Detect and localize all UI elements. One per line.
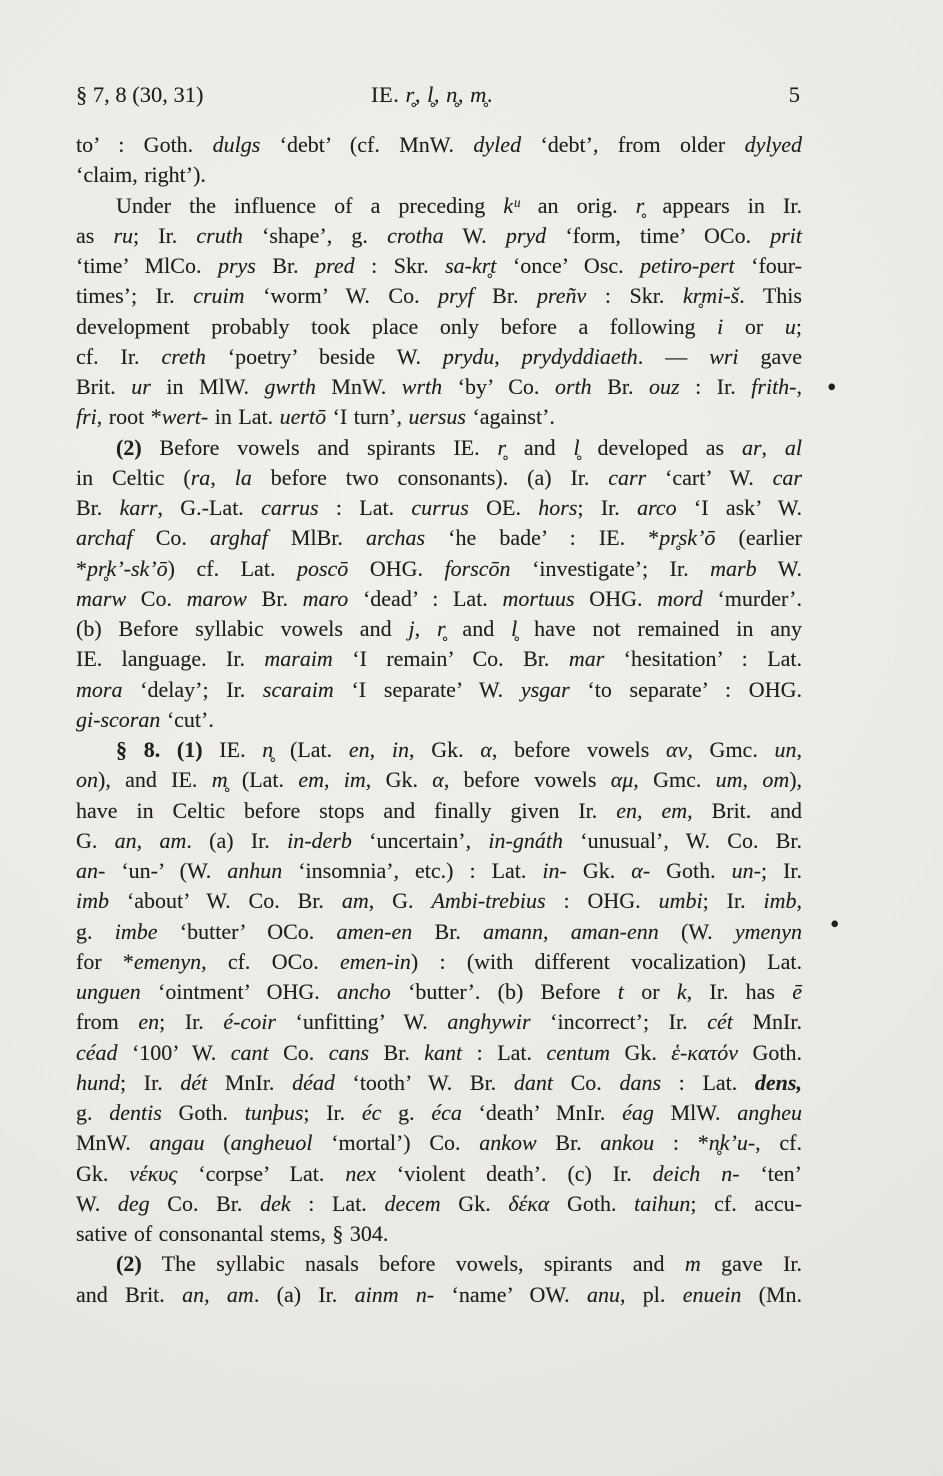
text-run: ‘death’ MnIr.: [462, 1100, 622, 1125]
text-run: ‘against’.: [466, 404, 555, 429]
text-run: ‘incorrect’; Ir.: [531, 1009, 708, 1034]
italic-run: ysgar: [521, 677, 570, 702]
italic-run: mord: [657, 586, 703, 611]
italic-run: céad: [76, 1040, 118, 1065]
italic-run: αν: [666, 737, 687, 762]
text-run: Br.: [76, 495, 120, 520]
text-run: MlW.: [654, 1100, 737, 1125]
text-line: Gk. νέκυς ‘corpse’ Lat. nex ‘violent dea…: [76, 1159, 802, 1189]
italic-run: forscōn: [445, 556, 511, 581]
text-run: ‘worm’ W. Co.: [245, 283, 439, 308]
italic-run: marow: [187, 586, 247, 611]
text-run: ‘he bade’ : IE. *: [425, 525, 659, 550]
text-line: (b) Before syllabic vowels and j, r̥ and…: [76, 614, 802, 644]
text-run: ‘insomnia’, etc.) : Lat.: [282, 858, 542, 883]
text-run: : OHG.: [546, 888, 659, 913]
italic-run: petiro-pert: [640, 253, 735, 278]
italic-run: un-: [732, 858, 761, 883]
text-run: ‘butter’. (b) Before: [391, 979, 618, 1004]
text-run: Gk.: [76, 1161, 129, 1186]
text-run: ‘mortal’) Co.: [312, 1130, 479, 1155]
italic-run: em: [661, 798, 687, 823]
bold-run: (2): [116, 1251, 142, 1276]
text-line: in Celtic (ra, la before two consonants)…: [76, 463, 802, 493]
text-run: Goth.: [738, 1040, 802, 1065]
text-run: sative of consonantal stems, § 304.: [76, 1221, 388, 1246]
italic-run: centum: [546, 1040, 610, 1065]
italic-run: α: [480, 737, 492, 762]
italic-run: deich: [653, 1161, 701, 1186]
text-run: ,: [797, 888, 803, 913]
text-block: to’ : Goth. dulgs ‘debt’ (cf. MnW. dyled…: [76, 130, 802, 1310]
text-run: ; Ir.: [761, 858, 802, 883]
italic-run: in-derb: [287, 828, 352, 853]
italic-run: creth: [161, 344, 205, 369]
italic-run: om: [762, 767, 789, 792]
italic-run: im: [344, 767, 366, 792]
italic-run: cans: [329, 1040, 369, 1065]
text-run: Br.: [247, 586, 303, 611]
italic-run: n̥: [446, 82, 458, 107]
italic-run: wert-: [162, 404, 208, 429]
running-title: IE. r̥, l̥, n̥, m̥.: [76, 82, 788, 108]
italic-run: pr̥k’-sk’ō: [87, 556, 168, 581]
text-run: , G.-Lat.: [157, 495, 261, 520]
italic-run: dek: [260, 1191, 291, 1216]
text-run: and Brit.: [76, 1282, 182, 1307]
text-run: . This: [739, 283, 802, 308]
italic-run: ru: [113, 223, 133, 248]
text-run: ‘about’ W. Co. Br.: [109, 888, 342, 913]
italic-run: ankou: [600, 1130, 654, 1155]
italic-run: ainm: [355, 1282, 399, 1307]
text-run: and: [446, 616, 512, 641]
text-run: (: [205, 1130, 231, 1155]
italic-run: δέκα: [508, 1191, 549, 1216]
italic-run: sa-kr̥t: [445, 253, 496, 278]
text-line: § 8. (1) IE. n̥ (Lat. en, in, Gk. α, bef…: [76, 735, 802, 765]
text-run: .: [487, 82, 493, 107]
italic-run: marw: [76, 586, 126, 611]
text-run: (b) Before syllabic vowels and: [76, 616, 408, 641]
text-run: Co. Br.: [150, 1191, 260, 1216]
text-run: MnIr.: [207, 1070, 292, 1095]
text-run: ,: [458, 82, 470, 107]
italic-run: amann: [483, 919, 543, 944]
italic-run: r̥: [497, 435, 506, 460]
text-line: MnW. angau (angheuol ‘mortal’) Co. ankow…: [76, 1128, 802, 1158]
text-line: Br. karr, G.-Lat. carrus : Lat. currus O…: [76, 493, 802, 523]
text-line: mora ‘delay’; Ir. scaraim ‘I separate’ W…: [76, 675, 802, 705]
text-run: ‘murder’.: [703, 586, 802, 611]
text-run: (earlier: [715, 525, 802, 550]
text-run: , before vowels: [492, 737, 666, 762]
text-run: IE. language. Ir.: [76, 646, 264, 671]
italic-run: deg: [118, 1191, 150, 1216]
text-run: ‘unfitting’ W.: [276, 1009, 447, 1034]
text-run: : Lat.: [462, 1040, 546, 1065]
text-run: or: [624, 979, 677, 1004]
text-line: hund; Ir. dét MnIr. déad ‘tooth’ W. Br. …: [76, 1068, 802, 1098]
text-run: Co.: [553, 1070, 619, 1095]
italic-run: nex: [345, 1161, 376, 1186]
text-run: Br.: [474, 283, 537, 308]
text-run: ‘ointment’ OHG.: [141, 979, 337, 1004]
italic-run: ymenyn: [735, 919, 802, 944]
italic-run: n̥: [262, 737, 273, 762]
italic-run: am: [159, 828, 186, 853]
text-run: Before vowels and spirants IE.: [142, 435, 498, 460]
text-run: Co.: [126, 586, 187, 611]
text-line: g. dentis Goth. tunþus; Ir. éc g. éca ‘d…: [76, 1098, 802, 1128]
italic-run: am: [342, 888, 369, 913]
text-run: ‘cart’ W.: [646, 465, 773, 490]
italic-run: dulgs: [213, 132, 261, 157]
text-run: : Ir.: [680, 374, 752, 399]
text-run: (Lat.: [273, 737, 349, 762]
text-run: ‘tooth’ W. Br.: [335, 1070, 514, 1095]
italic-run: imb: [764, 888, 797, 913]
text-run: cf. Ir.: [76, 344, 161, 369]
text-run: G.: [76, 828, 115, 853]
text-run: ) : (with different vocalization) Lat.: [411, 949, 802, 974]
italic-run: prydu: [443, 344, 494, 369]
text-run: ‘I turn’,: [326, 404, 408, 429]
italic-run: amen-en: [337, 919, 413, 944]
italic-run: dentis: [109, 1100, 162, 1125]
italic-run: on: [76, 767, 98, 792]
italic-run: um: [716, 767, 743, 792]
text-run: , root *: [97, 404, 162, 429]
italic-run: prys: [218, 253, 256, 278]
text-run: Goth.: [549, 1191, 634, 1216]
text-run: ‘claim, right’).: [76, 162, 206, 187]
text-run: g.: [76, 1100, 109, 1125]
italic-run: m̥: [470, 82, 487, 107]
italic-run: é-coir: [223, 1009, 276, 1034]
text-run: in Lat.: [208, 404, 279, 429]
italic-run: in: [392, 737, 409, 762]
text-run: an orig.: [520, 193, 636, 218]
text-line: céad ‘100’ W. cant Co. cans Br. kant : L…: [76, 1038, 802, 1068]
italic-run: dant: [514, 1070, 553, 1095]
italic-run: in-: [542, 858, 566, 883]
text-run: Goth.: [650, 858, 732, 883]
text-run: Br.: [256, 253, 315, 278]
text-run: OHG.: [575, 586, 658, 611]
italic-run: em: [298, 767, 324, 792]
text-run: Br.: [592, 374, 649, 399]
text-run: or: [723, 314, 785, 339]
text-line: for *emenyn, cf. OCo. emen-in) : (with d…: [76, 947, 802, 977]
italic-run: anu: [587, 1282, 620, 1307]
italic-run: wrth: [402, 374, 442, 399]
italic-run: ankow: [479, 1130, 536, 1155]
italic-run: la: [235, 465, 252, 490]
text-line: ‘time’ MlCo. prys Br. pred : Skr. sa-kr̥…: [76, 251, 802, 281]
text-run: ,: [137, 828, 160, 853]
italic-run: k: [677, 979, 687, 1004]
italic-run: an-: [76, 858, 105, 883]
italic-run: am: [227, 1282, 254, 1307]
text-run: Goth.: [162, 1100, 245, 1125]
text-line: Brit. ur in MlW. gwrth MnW. wrth ‘by’ Co…: [76, 372, 802, 402]
text-run: g.: [381, 1100, 431, 1125]
text-run: W.: [757, 556, 802, 581]
italic-run: pryf: [438, 283, 473, 308]
text-run: ,: [637, 798, 661, 823]
text-run: times’; Ir.: [76, 283, 193, 308]
text-run: ‘un-’ (W.: [105, 858, 227, 883]
bold-run: (2): [116, 435, 142, 460]
text-run: before two consonants). (a) Ir.: [252, 465, 608, 490]
italic-run: éc: [362, 1100, 382, 1125]
italic-run: currus: [411, 495, 468, 520]
text-run: ‘time’ MlCo.: [76, 253, 218, 278]
italic-run: dylyed: [745, 132, 802, 157]
italic-run: n̥k’u-: [709, 1130, 755, 1155]
text-line: IE. language. Ir. maraim ‘I remain’ Co. …: [76, 644, 802, 674]
text-run: , pl.: [620, 1282, 683, 1307]
italic-run: hors: [538, 495, 577, 520]
italic-run: carrus: [261, 495, 318, 520]
text-run: ‘corpse’ Lat.: [177, 1161, 345, 1186]
text-run: from: [76, 1009, 138, 1034]
italic-run: poscō: [297, 556, 348, 581]
italic-run: maro: [303, 586, 349, 611]
text-line: W. deg Co. Br. dek : Lat. decem Gk. δέκα…: [76, 1189, 802, 1219]
italic-run: ouz: [649, 374, 680, 399]
text-run: ,: [415, 82, 427, 107]
text-run: ‘four-: [735, 253, 802, 278]
text-line: on), and IE. m̥ (Lat. em, im, Gk. α, bef…: [76, 765, 802, 795]
text-line: (2) Before vowels and spirants IE. r̥ an…: [76, 433, 802, 463]
italic-run: l̥: [427, 82, 434, 107]
text-run: ),: [789, 767, 802, 792]
italic-run: mar: [569, 646, 604, 671]
italic-run: in-gnáth: [488, 828, 563, 853]
margin-bullet: •: [827, 374, 836, 401]
text-run: , Gmc.: [633, 767, 715, 792]
italic-run: crotha: [387, 223, 444, 248]
italic-run: en: [138, 1009, 159, 1034]
italic-run: mortuus: [503, 586, 575, 611]
text-line: and Brit. an, am. (a) Ir. ainm n- ‘name’…: [76, 1280, 802, 1310]
text-run: ,: [434, 82, 446, 107]
text-run: , cf.: [755, 1130, 802, 1155]
text-run: , cf. OCo.: [201, 949, 340, 974]
text-line: have in Celtic before stops and finally …: [76, 796, 802, 826]
italic-run: anghywir: [447, 1009, 530, 1034]
text-run: have in Celtic before stops and finally …: [76, 798, 616, 823]
text-run: ) cf. Lat.: [168, 556, 297, 581]
italic-run: car: [773, 465, 802, 490]
italic-run: imb: [76, 888, 109, 913]
text-run: development probably took place only bef…: [76, 314, 717, 339]
text-run: ;: [796, 314, 802, 339]
text-line: imb ‘about’ W. Co. Br. am, G. Ambi-trebi…: [76, 886, 802, 916]
text-run: ), and IE.: [98, 767, 212, 792]
italic-run: ra: [191, 465, 211, 490]
italic-run: an: [182, 1282, 204, 1307]
text-run: ; Ir.: [120, 1070, 180, 1095]
italic-run: archas: [366, 525, 425, 550]
text-run: ‘dead’ : Lat.: [348, 586, 502, 611]
italic-run: tunþus: [245, 1100, 304, 1125]
text-run: ,: [370, 737, 392, 762]
italic-run: ē: [792, 979, 802, 1004]
text-run: ‘by’ Co.: [442, 374, 555, 399]
text-run: The syllabic nasals before vowels, spira…: [142, 1251, 685, 1276]
text-run: Co.: [133, 525, 210, 550]
text-run: ; cf. accu-: [690, 1191, 802, 1216]
italic-run: unguen: [76, 979, 141, 1004]
italic-run: gwrth: [265, 374, 316, 399]
text-line: g. imbe ‘butter’ OCo. amen-en Br. amann,…: [76, 917, 802, 947]
text-run: OHG.: [348, 556, 444, 581]
text-run: ‘shape’, g.: [243, 223, 387, 248]
italic-run: emenyn: [134, 949, 201, 974]
text-run: ; Ir.: [133, 223, 196, 248]
text-run: ‘poetry’ beside W.: [206, 344, 443, 369]
text-run: g.: [76, 919, 115, 944]
text-line: an- ‘un-’ (W. anhun ‘insomnia’, etc.) : …: [76, 856, 802, 886]
italic-run: umbi: [659, 888, 703, 913]
text-run: . (a) Ir.: [254, 1282, 355, 1307]
italic-run: ur: [131, 374, 151, 399]
italic-run: uertō: [280, 404, 326, 429]
text-run: (Lat.: [228, 767, 299, 792]
italic-run: aman-enn: [571, 919, 659, 944]
text-line: gi-scoran ‘cut’.: [76, 705, 802, 735]
italic-run: m̥: [212, 767, 228, 792]
text-run: (W.: [659, 919, 735, 944]
text-run: ,: [415, 616, 437, 641]
italic-run: éca: [431, 1100, 462, 1125]
text-run: ,: [543, 919, 571, 944]
text-run: Gk.: [610, 1040, 671, 1065]
italic-run: dyled: [473, 132, 521, 157]
italic-run: kant: [424, 1040, 462, 1065]
text-run: MlBr.: [268, 525, 366, 550]
italic-run: kr̥mi-š: [683, 283, 739, 308]
text-run: appears in Ir.: [644, 193, 802, 218]
text-run: . —: [638, 344, 709, 369]
text-run: Gk.: [567, 858, 631, 883]
text-run: Brit.: [76, 374, 131, 399]
text-run: (Mn.: [741, 1282, 802, 1307]
text-run: for *: [76, 949, 134, 974]
text-run: ,: [210, 465, 234, 490]
italic-run: gi-scoran: [76, 707, 160, 732]
italic-run: pryd: [506, 223, 546, 248]
italic-run: cruth: [196, 223, 242, 248]
text-run: : Lat.: [319, 495, 412, 520]
text-run: as: [76, 223, 113, 248]
italic-run: prit: [770, 223, 802, 248]
italic-run: cruim: [193, 283, 244, 308]
italic-run: α-: [631, 858, 650, 883]
scanned-page: § 7, 8 (30, 31) IE. r̥, l̥, n̥, m̥. 5 to…: [0, 0, 943, 1476]
text-run: ‘unusual’, W. Co. Br.: [563, 828, 802, 853]
italic-run: pr̥sk’ō: [659, 525, 715, 550]
italic-run: en: [349, 737, 370, 762]
italic-run: un: [775, 737, 797, 762]
italic-run: ar: [742, 435, 762, 460]
italic-run: anhun: [227, 858, 282, 883]
text-run: ‘once’ Osc.: [496, 253, 640, 278]
text-run: ,: [494, 344, 521, 369]
text-run: [700, 1161, 721, 1186]
text-run: [399, 1282, 416, 1307]
text-run: : Lat.: [291, 1191, 385, 1216]
text-run: ‘to separate’ : OHG.: [570, 677, 802, 702]
text-run: in Celtic (: [76, 465, 191, 490]
bold-italic-run: dens,: [755, 1070, 802, 1095]
text-run: OE.: [469, 495, 538, 520]
text-line: marw Co. marow Br. maro ‘dead’ : Lat. mo…: [76, 584, 802, 614]
italic-run: ancho: [337, 979, 391, 1004]
italic-run: preñv: [537, 283, 586, 308]
italic-run: m: [685, 1251, 701, 1276]
italic-run: enuein: [683, 1282, 742, 1307]
text-run: ‘form, time’ OCo.: [546, 223, 770, 248]
text-run: MnW.: [316, 374, 402, 399]
italic-run: αμ: [611, 767, 634, 792]
text-run: ,: [324, 767, 344, 792]
italic-run: angheu: [737, 1100, 802, 1125]
text-line: Under the influence of a preceding kᵘ an…: [76, 191, 802, 221]
text-run: have not remained in any: [517, 616, 802, 641]
text-run: ,: [797, 374, 803, 399]
text-run: : Skr.: [355, 253, 445, 278]
text-run: ‘debt’, from older: [521, 132, 745, 157]
bold-run: § 8. (1): [116, 737, 203, 762]
italic-run: déad: [292, 1070, 335, 1095]
italic-run: maraim: [264, 646, 332, 671]
italic-run: carr: [608, 465, 646, 490]
italic-run: éag: [622, 1100, 654, 1125]
text-run: MnIr.: [733, 1009, 802, 1034]
text-run: . (a) Ir.: [186, 828, 287, 853]
text-run: and: [506, 435, 573, 460]
text-line: (2) The syllabic nasals before vowels, s…: [76, 1249, 802, 1279]
italic-run: arghaf: [210, 525, 268, 550]
text-run: Br.: [369, 1040, 424, 1065]
italic-run: angheuol: [231, 1130, 313, 1155]
text-run: ,: [743, 767, 763, 792]
italic-run: archaf: [76, 525, 133, 550]
text-run: , Ir. has: [687, 979, 793, 1004]
text-run: IE.: [371, 82, 406, 107]
text-run: W.: [444, 223, 506, 248]
text-run: ‘uncertain’,: [352, 828, 489, 853]
italic-run: decem: [384, 1191, 440, 1216]
text-run: ‘I separate’ W.: [334, 677, 521, 702]
text-line: times’; Ir. cruim ‘worm’ W. Co. pryf Br.…: [76, 281, 802, 311]
italic-run: kᵘ: [503, 193, 519, 218]
italic-run: ἑ-κατόν: [671, 1040, 738, 1065]
text-run: IE.: [203, 737, 263, 762]
italic-run: orth: [555, 374, 592, 399]
text-run: MnW.: [76, 1130, 150, 1155]
text-run: ,: [797, 737, 803, 762]
italic-run: wri: [709, 344, 738, 369]
italic-run: dét: [180, 1070, 207, 1095]
italic-run: arco: [637, 495, 677, 520]
text-run: ‘name’ OW.: [434, 1282, 587, 1307]
italic-run: imbe: [115, 919, 158, 944]
